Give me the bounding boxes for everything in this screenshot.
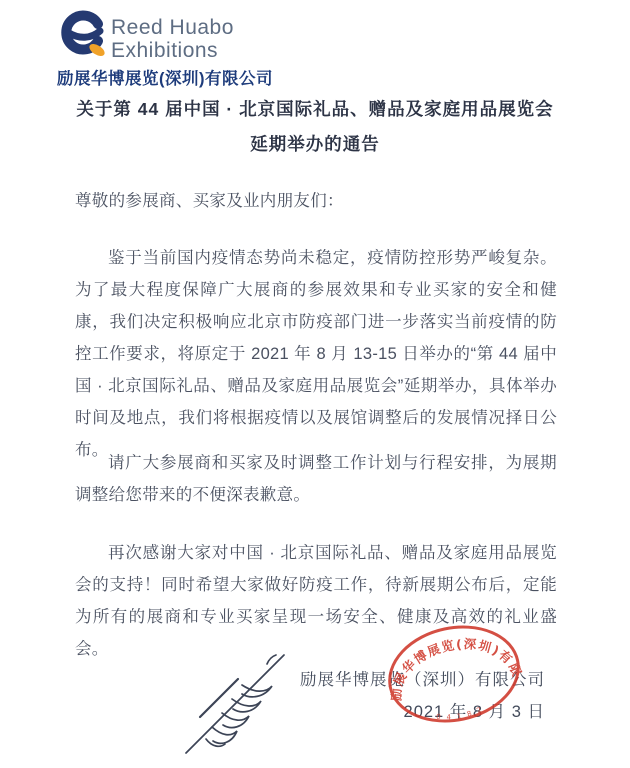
logo-en-line2: Exhibitions [111,39,234,62]
logo-chinese-name: 励展华博展览(深圳)有限公司 [57,65,273,89]
reed-huabo-logo-icon [57,10,105,60]
signature-company-name: 励展华博展览（深圳）有限公司 [300,666,545,690]
notice-title-line1: 关于第 44 届中国 · 北京国际礼品、赠品及家庭用品展览会 [0,96,630,122]
paragraph-postponement-reason: 鉴于当前国内疫情态势尚未稳定，疫情防控形势严峻复杂。为了最大程度保障广大展商的参… [75,242,557,466]
logo-english-name: Reed Huabo Exhibitions [111,16,234,62]
salutation: 尊敬的参展商、买家及业内朋友们： [75,185,557,217]
signature-date: 2021 年 8 月 3 日 [404,698,545,722]
notice-title: 关于第 44 届中国 · 北京国际礼品、赠品及家庭用品展览会 延期举办的通告 [0,96,630,157]
paragraph-apology: 请广大参展商和买家及时调整工作计划与行程安排，为展期调整给您带来的不便深表歉意。 [75,447,557,511]
handwritten-signature [178,633,306,761]
letterhead: Reed Huabo Exhibitions 励展华博展览(深圳)有限公司 [57,10,273,89]
paragraph-thanks: 再次感谢大家对中国 · 北京国际礼品、赠品及家庭用品展览会的支持！同时希望大家做… [75,537,557,665]
logo-en-line1: Reed Huabo [111,16,234,39]
notice-title-line2: 延期举办的通告 [0,131,630,157]
notice-letter-page: Reed Huabo Exhibitions 励展华博展览(深圳)有限公司 关于… [0,0,630,768]
